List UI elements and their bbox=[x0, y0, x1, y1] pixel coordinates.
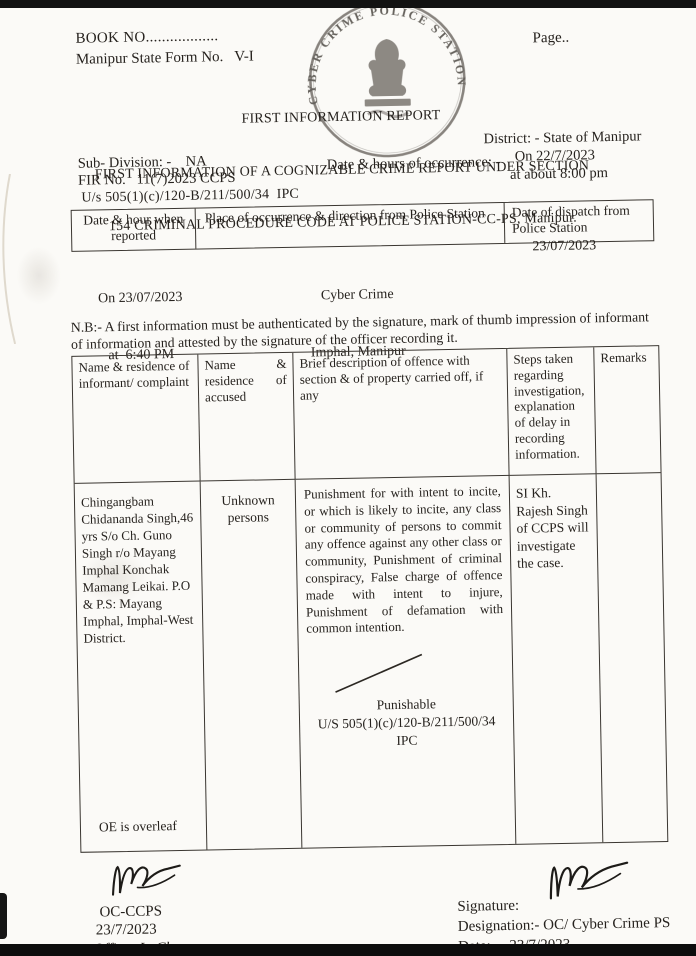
occurrence-time-value: at about 8:00 pm bbox=[510, 165, 608, 184]
left-signature-date: 23/7/2023 bbox=[96, 921, 157, 939]
main-header-remarks: Remarks bbox=[594, 346, 660, 474]
fir-number-field: FIR No. 11(7)2023 CCPS bbox=[78, 170, 236, 190]
main-header-steps: Steps taken regarding investigation, exp… bbox=[507, 347, 596, 476]
page-label: Page.. bbox=[532, 30, 569, 48]
main-header-informant: Name & residence of informant/ complaint bbox=[72, 355, 200, 484]
signature-label: Signature: bbox=[457, 898, 519, 916]
occurrence-label: Date & hours of occurrence: - bbox=[327, 154, 501, 174]
steps-cell: SI Kh. Rajesh Singh of CCPS will investi… bbox=[510, 474, 604, 844]
place-line-1: Cyber Crime bbox=[276, 284, 438, 306]
ashoka-emblem-icon bbox=[364, 39, 411, 118]
informant-cell: Chingangbam Chidananda Singh,46 yrs S/o … bbox=[75, 482, 208, 852]
dispatch-date-value: 23/07/2023 bbox=[532, 238, 596, 255]
right-signatory-designation: Designation:- OC/ Cyber Crime PS bbox=[458, 915, 671, 936]
offence-cell: Punishment for with intent to incite, or… bbox=[296, 476, 517, 848]
fir-document-scan: BOOK NO.................. Manipur State … bbox=[0, 0, 696, 956]
left-signatory-title: OC-CCPS bbox=[99, 903, 162, 921]
report-table-header-place: Place of occurrence & direction from Pol… bbox=[196, 203, 506, 249]
reported-date: On 23/07/2023 bbox=[84, 288, 196, 309]
main-table-header-row: Name & residence of informant/ complaint… bbox=[72, 346, 660, 484]
investigation-steps: SI Kh. Rajesh Singh of CCPS will investi… bbox=[516, 477, 592, 572]
main-header-accused: Name & residence of accused bbox=[198, 353, 295, 482]
punishable-line-3: IPC bbox=[306, 730, 507, 752]
offence-description: Punishment for with intent to incite, or… bbox=[304, 483, 504, 638]
scan-edge-blob bbox=[0, 893, 7, 939]
scan-edge-top bbox=[0, 0, 696, 8]
main-table-data-row: Chingangbam Chidananda Singh,46 yrs S/o … bbox=[75, 473, 668, 852]
report-table-header-dispatch: Date of dispatch from Police Station bbox=[505, 200, 654, 243]
accused-value: Unknown persons bbox=[207, 483, 290, 526]
occurrence-date-value: On 22/7/2023 bbox=[515, 147, 595, 165]
report-table-header-reported: Date & hour when reported bbox=[72, 209, 197, 251]
strike-mark bbox=[333, 650, 426, 696]
punishable-sections: Punishable U/S 505(1)(c)/120-B/211/500/3… bbox=[306, 694, 508, 752]
book-no-field: BOOK NO.................. bbox=[75, 28, 218, 48]
accused-cell: Unknown persons bbox=[201, 480, 303, 850]
fir-main-table: Name & residence of informant/ complaint… bbox=[71, 345, 668, 853]
officer-signature-left bbox=[105, 856, 188, 905]
scan-edge-bottom bbox=[0, 944, 696, 956]
informant-details: Chingangbam Chidananda Singh,46 yrs S/o … bbox=[81, 485, 197, 647]
main-header-offence: Brief description of offence with sectio… bbox=[293, 349, 509, 480]
form-no-field: Manipur State Form No. V-I bbox=[76, 49, 254, 69]
overleaf-note: OE is overleaf bbox=[99, 818, 177, 835]
remarks-cell bbox=[597, 473, 668, 842]
officer-signature-right bbox=[541, 852, 638, 909]
